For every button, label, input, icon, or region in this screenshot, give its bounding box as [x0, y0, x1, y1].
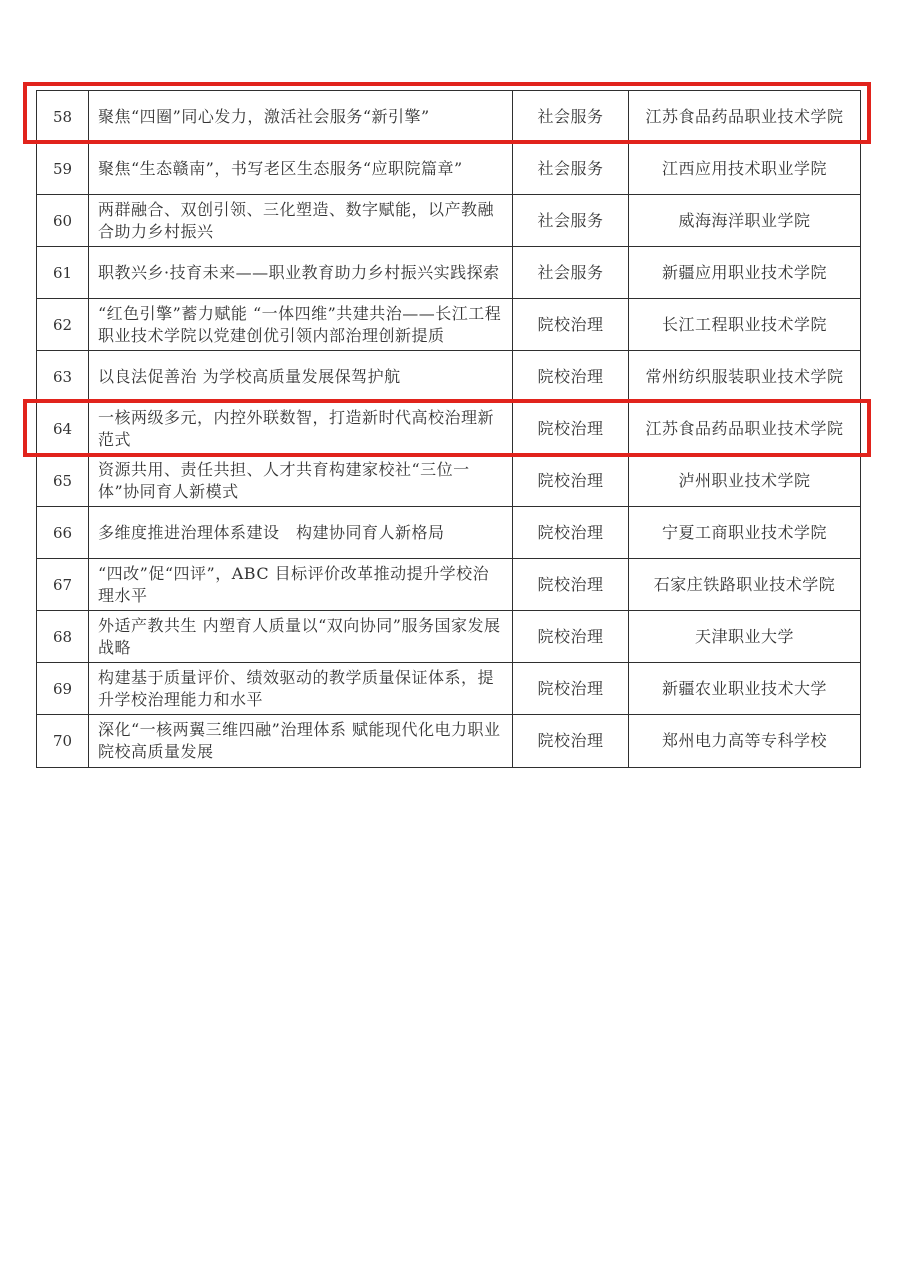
project-title: “四改”促“四评”，ABC 目标评价改革推动提升学校治理水平: [89, 559, 513, 610]
project-title: 聚焦“四圈”同心发力，激活社会服务“新引擎”: [89, 91, 513, 142]
table-row: 60 两群融合、双创引领、三化塑造、数字赋能，以产教融合助力乡村振兴 社会服务 …: [37, 195, 860, 247]
institution: 江西应用技术职业学院: [629, 143, 860, 194]
row-number: 69: [37, 663, 89, 714]
table-row: 61 职教兴乡·技育未来——职业教育助力乡村振兴实践探索 社会服务 新疆应用职业…: [37, 247, 860, 299]
table-row: 70 深化“一核两翼三维四融”治理体系 赋能现代化电力职业院校高质量发展 院校治…: [37, 715, 860, 767]
row-number: 66: [37, 507, 89, 558]
category: 院校治理: [513, 611, 629, 662]
project-title: 两群融合、双创引领、三化塑造、数字赋能，以产教融合助力乡村振兴: [89, 195, 513, 246]
institution: 泸州职业技术学院: [629, 455, 860, 506]
project-title: 多维度推进治理体系建设 构建协同育人新格局: [89, 507, 513, 558]
institution: 江苏食品药品职业技术学院: [629, 91, 860, 142]
project-title: 资源共用、责任共担、人才共育构建家校社“三位一体”协同育人新模式: [89, 455, 513, 506]
project-title: 深化“一核两翼三维四融”治理体系 赋能现代化电力职业院校高质量发展: [89, 715, 513, 767]
table-row: 64 一核两级多元，内控外联数智，打造新时代高校治理新范式 院校治理 江苏食品药…: [37, 403, 860, 455]
category: 社会服务: [513, 91, 629, 142]
project-title: 构建基于质量评价、绩效驱动的教学质量保证体系，提升学校治理能力和水平: [89, 663, 513, 714]
category: 院校治理: [513, 715, 629, 767]
project-title: 聚焦“生态赣南”，书写老区生态服务“应职院篇章”: [89, 143, 513, 194]
row-number: 59: [37, 143, 89, 194]
category: 社会服务: [513, 195, 629, 246]
table-row: 65 资源共用、责任共担、人才共育构建家校社“三位一体”协同育人新模式 院校治理…: [37, 455, 860, 507]
institution: 郑州电力高等专科学校: [629, 715, 860, 767]
project-title: 职教兴乡·技育未来——职业教育助力乡村振兴实践探索: [89, 247, 513, 298]
row-number: 68: [37, 611, 89, 662]
institution: 新疆应用职业技术学院: [629, 247, 860, 298]
row-number: 67: [37, 559, 89, 610]
table-row: 58 聚焦“四圈”同心发力，激活社会服务“新引擎” 社会服务 江苏食品药品职业技…: [37, 91, 860, 143]
row-number: 63: [37, 351, 89, 402]
table-row: 68 外适产教共生 内塑育人质量以“双向协同”服务国家发展战略 院校治理 天津职…: [37, 611, 860, 663]
category: 社会服务: [513, 247, 629, 298]
institution: 石家庄铁路职业技术学院: [629, 559, 860, 610]
project-title: “红色引擎”蓄力赋能 “一体四维”共建共治——长江工程职业技术学院以党建创优引领…: [89, 299, 513, 350]
row-number: 64: [37, 403, 89, 454]
category: 院校治理: [513, 663, 629, 714]
project-title: 一核两级多元，内控外联数智，打造新时代高校治理新范式: [89, 403, 513, 454]
row-number: 65: [37, 455, 89, 506]
document-page: 58 聚焦“四圈”同心发力，激活社会服务“新引擎” 社会服务 江苏食品药品职业技…: [0, 0, 899, 1272]
category: 院校治理: [513, 559, 629, 610]
table-row: 67 “四改”促“四评”，ABC 目标评价改革推动提升学校治理水平 院校治理 石…: [37, 559, 860, 611]
institution: 威海海洋职业学院: [629, 195, 860, 246]
institution: 常州纺织服装职业技术学院: [629, 351, 860, 402]
category: 院校治理: [513, 507, 629, 558]
row-number: 70: [37, 715, 89, 767]
row-number: 58: [37, 91, 89, 142]
table-row: 66 多维度推进治理体系建设 构建协同育人新格局 院校治理 宁夏工商职业技术学院: [37, 507, 860, 559]
institution: 江苏食品药品职业技术学院: [629, 403, 860, 454]
table-row: 63 以良法促善治 为学校高质量发展保驾护航 院校治理 常州纺织服装职业技术学院: [37, 351, 860, 403]
category: 社会服务: [513, 143, 629, 194]
category: 院校治理: [513, 403, 629, 454]
category: 院校治理: [513, 455, 629, 506]
project-title: 外适产教共生 内塑育人质量以“双向协同”服务国家发展战略: [89, 611, 513, 662]
institution: 天津职业大学: [629, 611, 860, 662]
category: 院校治理: [513, 299, 629, 350]
institution: 宁夏工商职业技术学院: [629, 507, 860, 558]
institution: 长江工程职业技术学院: [629, 299, 860, 350]
table-row: 62 “红色引擎”蓄力赋能 “一体四维”共建共治——长江工程职业技术学院以党建创…: [37, 299, 860, 351]
institution: 新疆农业职业技术大学: [629, 663, 860, 714]
row-number: 60: [37, 195, 89, 246]
category: 院校治理: [513, 351, 629, 402]
awards-table: 58 聚焦“四圈”同心发力，激活社会服务“新引擎” 社会服务 江苏食品药品职业技…: [36, 90, 861, 768]
row-number: 61: [37, 247, 89, 298]
table-row: 59 聚焦“生态赣南”，书写老区生态服务“应职院篇章” 社会服务 江西应用技术职…: [37, 143, 860, 195]
row-number: 62: [37, 299, 89, 350]
table-row: 69 构建基于质量评价、绩效驱动的教学质量保证体系，提升学校治理能力和水平 院校…: [37, 663, 860, 715]
project-title: 以良法促善治 为学校高质量发展保驾护航: [89, 351, 513, 402]
